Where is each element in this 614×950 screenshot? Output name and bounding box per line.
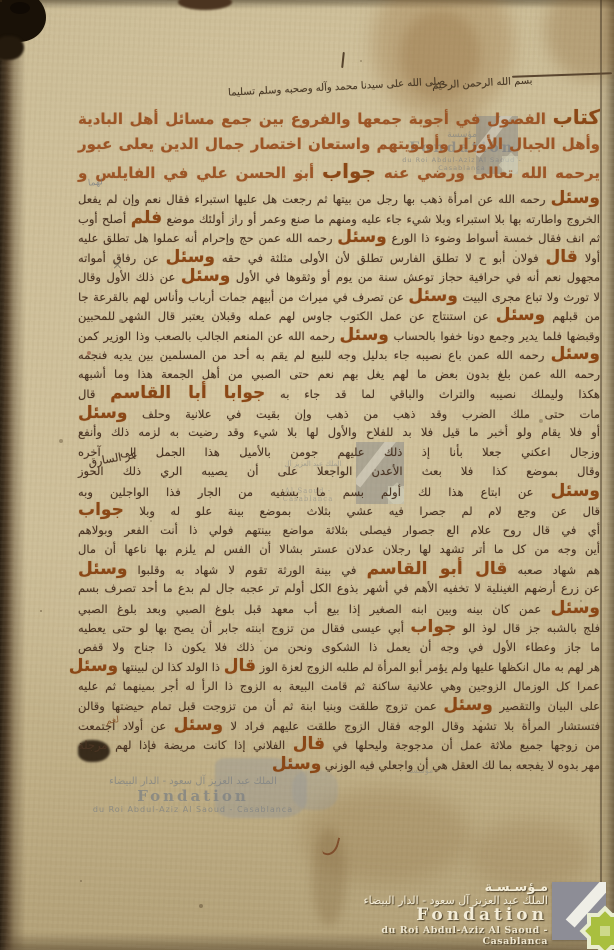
body-text: على البيان والتقصير <box>493 699 600 713</box>
body-text: رحمه الله عمن بلغ بدون بعض ما لهم يغل به… <box>78 367 600 381</box>
manuscript-line: وأهل الجبال الأوزار وأولويتهم واستعان اخ… <box>78 131 600 158</box>
body-text: رحمه الله عمن حج وإحرام أنه عملوا هل تطل… <box>78 231 337 245</box>
body-text: هر لهم به مال انكظها عليها ولم يؤمر أبو … <box>256 660 600 674</box>
rubric-word: قال <box>546 247 578 267</box>
body-text: عن زرع أرضهم الغينلية لا تخفيه الأهم في … <box>78 581 600 595</box>
body-text: أي في قال روح علام الع جصوار فيصلى بثلاث… <box>78 523 600 537</box>
margin-note: لهما <box>88 177 104 188</box>
body-text: الخروج واطارته بها بلا استبراء وبلا شيء … <box>162 212 600 226</box>
body-text: عن أولاد اجتمعت <box>78 719 174 733</box>
body-text: أو فلا يقام ولو أخبر ما قيل فلا بد للفلا… <box>78 425 600 439</box>
binding-damage-spot <box>0 36 24 60</box>
body-text: يرحمه الله تعالى ورضي عنه <box>376 164 600 182</box>
manuscript-line: أين وجه من كل ما أتر تشهد لها رجلان عدلا… <box>78 540 600 560</box>
manuscript-line: فلج بالشبه جز قال لوذ الو جواب أبي عيسى … <box>78 618 600 638</box>
foundation-line-french: du Roi Abdul-Aziz Al Saoud - Casablanca <box>330 925 548 947</box>
manuscript-line: يرحمه الله تعالى ورضي عنه جواب أبو الحسن… <box>78 158 600 185</box>
body-text: رحمه الله عن امرأة ذهب بها رجل من بيتها … <box>78 192 551 206</box>
body-text: عمرا كل الوزمال الزوجين وهي علانية ساكنة… <box>78 679 600 693</box>
manuscript-line: وسئل رحمه الله عمن باع نصيبه جاء بدليل و… <box>78 345 600 365</box>
top-edge-blot <box>178 0 232 10</box>
body-text: أبو الحسن علي في الفايلس و <box>78 164 322 182</box>
manuscript-line: مجهول نعم أنه في حرافية حجاز توعش سنة من… <box>78 267 600 287</box>
manuscript-line: ثم انف فقال خمسة أسواط وضوء ذا الورع وسئ… <box>78 228 600 248</box>
rubric-word: كتاب <box>553 105 600 129</box>
rubric-word: وسئل <box>496 305 545 325</box>
body-text: لا تورث ولا تباع مجرى البيت <box>458 290 600 304</box>
foundation-logo-mark <box>550 882 614 950</box>
rubric-word: فلم <box>131 208 162 228</box>
water-stain-top <box>372 0 514 120</box>
rubric-word: وسئل <box>174 715 223 735</box>
body-text: وأهل الجبال الأوزار وأولويتهم واستعان اخ… <box>78 135 600 153</box>
manuscript-line: مات حتى ملك الضرب وقد ذهب من ذهب وإن بقي… <box>78 404 600 424</box>
manuscript-line: هم شهاد صعبه قال أبو القاسم في بينة الور… <box>78 560 600 580</box>
body-text: وزجال اعكني جعلا بأنا إذ ذلك عليهم جومن … <box>78 445 600 459</box>
binding-damage-spot2 <box>10 2 30 14</box>
rubric-word: وسئل <box>551 598 600 618</box>
manuscript-line: وسئل عن ابتاع هذا لك أولم بسم ما بسفيه م… <box>78 482 600 502</box>
manuscript-line: ما جاز وعطاء الأول في وجه أن يعمل ذا الش… <box>78 638 600 658</box>
manuscript-line: الخروج واطارته بها بلا استبراء وبلا شيء … <box>78 209 600 229</box>
body-text: في بينة الورثة تقوم لا شهاد به وقلبوا <box>127 563 366 577</box>
binding-damage-corner <box>0 0 46 42</box>
manuscript-line: مهر بدوه لا يفجعه بما لك العقل هي أن واج… <box>78 755 600 775</box>
rubric-word: وسئل <box>408 286 457 306</box>
body-text: عن ذلك الأول وقال <box>78 270 181 284</box>
body-text: وقال بموضع كذا فلا بعث الأعدن الواجعلا ع… <box>78 464 600 478</box>
foundation-name-arabic: مـؤسـسـة <box>330 880 548 895</box>
manuscript-line: من زوجها جميع ملاثة عمل أن مدجوجة وليحله… <box>78 735 600 755</box>
body-text: الفلاني إذا كانت مريضة فإذا لهم مرجلة <box>78 738 293 752</box>
body-text: عن تصرف في ميراث من أبيهم جمات أرباب وأن… <box>78 290 408 304</box>
manuscript-line: أي في قال روح علام الع جصوار فيصلى بثلاث… <box>78 521 600 541</box>
manuscript-line: هر لهم به مال انكظها عليها ولم يؤمر أبو … <box>78 657 600 677</box>
body-text: فلج بالشبه جز قال لوذ الو <box>456 621 600 635</box>
body-text: قال عن وجع لام لم جصرا فيه عشي بثلاث بمو… <box>124 504 600 518</box>
body-text: من قبلهم <box>545 309 600 323</box>
pen-stroke <box>512 72 612 77</box>
body-text: ثم انف فقال خمسة أسواط وضوء ذا الورع <box>387 231 600 245</box>
body-text: هكذا وليملك نصيبه والتراث والباقي لما قد… <box>265 387 600 401</box>
body-text: قال <box>78 387 110 401</box>
foundation-logo-text: مـؤسـسـة الملك عبد العزيز آل سعود - الدا… <box>330 880 548 947</box>
body-text: رحمه الله عن المنعم الجالب بالصعب وذا ال… <box>78 329 339 343</box>
body-text: عن استنتاج عن عمل الكتوب جاوس لهم عمله و… <box>78 309 496 323</box>
manuscript-line: فتستشار المرأة بلا تشهد وقال الوجه فقال … <box>78 716 600 736</box>
manuscript-line: على البيان والتقصير وسئل عمن تزوج طلقت و… <box>78 696 600 716</box>
manuscript-line: أولا قال فولان أبو ح لا تطلق الفارس تطلق… <box>78 248 600 268</box>
body-text: أبي عيسى فقال من تزوج ابنته جابر أن يصح … <box>78 621 410 635</box>
body-text: وقبضها فلما يدير وجمع دونا خفوا بالحساب <box>389 329 600 343</box>
body-text: فولان أبو ح لا تطلق الفارس تطلق لأن الأو… <box>215 251 546 265</box>
body-text: عن ابتاع هذا لك أولم بسم ما بسفيه من الج… <box>78 485 551 499</box>
pen-tick <box>341 52 345 68</box>
margin-note: لغم <box>105 715 119 727</box>
water-stain-top-right <box>545 0 614 80</box>
ink-flourish <box>322 835 340 858</box>
rubric-word: وسئل <box>337 227 386 247</box>
body-text: أين وجه من كل ما أتر تشهد لها رجلان عدلا… <box>78 542 600 556</box>
manuscript-line: وزجال اعكني جعلا بأنا إذ ذلك عليهم جومن … <box>78 443 600 463</box>
body-text: فتستشار المرأة بلا تشهد وقال الوجه فقال … <box>223 719 600 733</box>
manuscript-line: لا تورث ولا تباع مجرى البيت وسئل عن تصرف… <box>78 287 600 307</box>
foundation-name-french: Fondation <box>330 905 548 925</box>
body-text: رحمه الله عمن باع نصيبه جاء بدليل وجه لل… <box>78 348 551 362</box>
rubric-word: وسئل <box>78 559 127 579</box>
body-text: مهر بدوه لا يفجعه بما لك العقل هي أن واج… <box>321 758 600 772</box>
rubric-word: وسئل <box>551 188 600 208</box>
manuscript-line: وسئل عمن كان بينه وبين ابنه الصغير إذا ب… <box>78 599 600 619</box>
rubric-word: جوابا أبا القاسم <box>110 383 265 403</box>
manuscript-line: عمرا كل الوزمال الزوجين وهي علانية ساكنة… <box>78 677 600 697</box>
manuscript-line: وقال بموضع كذا فلا بعث الأعدن الواجعلا ع… <box>78 462 600 482</box>
body-text: الفصول في أجوبة جمعها والفروع بين جمع مس… <box>78 110 553 128</box>
foundation-logo: مـؤسـسـة الملك عبد العزيز آل سعود - الدا… <box>330 880 614 950</box>
rubric-word: قال أبو القاسم <box>367 559 508 579</box>
manuscript-line: وقبضها فلما يدير وجمع دونا خفوا بالحساب … <box>78 326 600 346</box>
page-edge-line <box>600 0 602 950</box>
rubric-word: وسئل <box>181 266 230 286</box>
manuscript-line: عن زرع أرضهم الغينلية لا تخفيه الأهم في … <box>78 579 600 599</box>
rubric-word: وسئل <box>551 344 600 364</box>
manuscript-line: هكذا وليملك نصيبه والتراث والباقي لما قد… <box>78 384 600 404</box>
rubric-word: وسئل <box>78 403 127 423</box>
manuscript-page: مؤسسة Fondation du Roi Abdul-Aziz Al Sao… <box>0 0 614 950</box>
margin-note: × <box>112 258 123 273</box>
rubric-word: وسئل <box>166 247 215 267</box>
rubric-word: وسئل <box>69 656 118 676</box>
body-text: مجهول نعم أنه في حرافية حجاز توعش سنة من… <box>230 270 600 284</box>
body-text: أولا <box>578 251 600 265</box>
body-text: أصلح أوب <box>78 212 131 226</box>
manuscript-line: أو فلا يقام ولو أخبر ما قيل فلا بد للفلا… <box>78 423 600 443</box>
body-text: مات حتى ملك الضرب وقد ذهب من ذهب وإن بقي… <box>127 407 600 421</box>
header-blessing: صلى الله على سيدنا محمد وآله وصحبه وسلم … <box>228 76 445 98</box>
body-text: من زوجها جميع ملاثة عمل أن مدجوجة وليحله… <box>325 738 600 752</box>
body-text: هم شهاد صعبه <box>507 563 600 577</box>
manuscript-line: كتاب الفصول في أجوبة جمعها والفروع بين ج… <box>78 104 600 131</box>
rubric-word: جواب <box>78 500 124 520</box>
paper-specks <box>0 0 2 2</box>
body-text: عمن تزوج طلقت وبنيا ابنة ثم أن من تزوجت … <box>78 699 443 713</box>
rubric-word: جواب <box>322 159 376 183</box>
manuscript-line: رحمه الله عمن بلغ بدون بعض ما لهم يغل به… <box>78 365 600 385</box>
manuscript-text-block: كتاب الفصول في أجوبة جمعها والفروع بين ج… <box>78 104 600 774</box>
body-text: ما جاز وعطاء الأول في وجه أن يعمل ذا الش… <box>78 640 600 654</box>
rubric-word: وسئل <box>339 325 388 345</box>
rubric-word: قال <box>293 734 325 754</box>
body-text: عمن كان بينه وبين ابنه الصغير إذا بيع أب… <box>78 602 551 616</box>
rubric-word: وسئل <box>272 754 321 774</box>
rubric-word: وسئل <box>551 481 600 501</box>
header-basmala: بسم الله الرحمن الرحيم <box>432 75 533 91</box>
rubric-word: قال <box>224 656 256 676</box>
repair-patch-2 <box>292 770 338 810</box>
manuscript-line: قال عن وجع لام لم جصرا فيه عشي بثلاث بمو… <box>78 501 600 521</box>
rubric-word: جواب <box>410 617 456 637</box>
manuscript-line: وسئل رحمه الله عن امرأة ذهب بها رجل من ب… <box>78 189 600 209</box>
manuscript-line: من قبلهم وسئل عن استنتاج عن عمل الكتوب ج… <box>78 306 600 326</box>
body-text: ذا الولد كذا لن لبينتها <box>118 660 224 674</box>
rubric-word: وسئل <box>443 695 492 715</box>
logo-star-icon <box>584 910 614 950</box>
